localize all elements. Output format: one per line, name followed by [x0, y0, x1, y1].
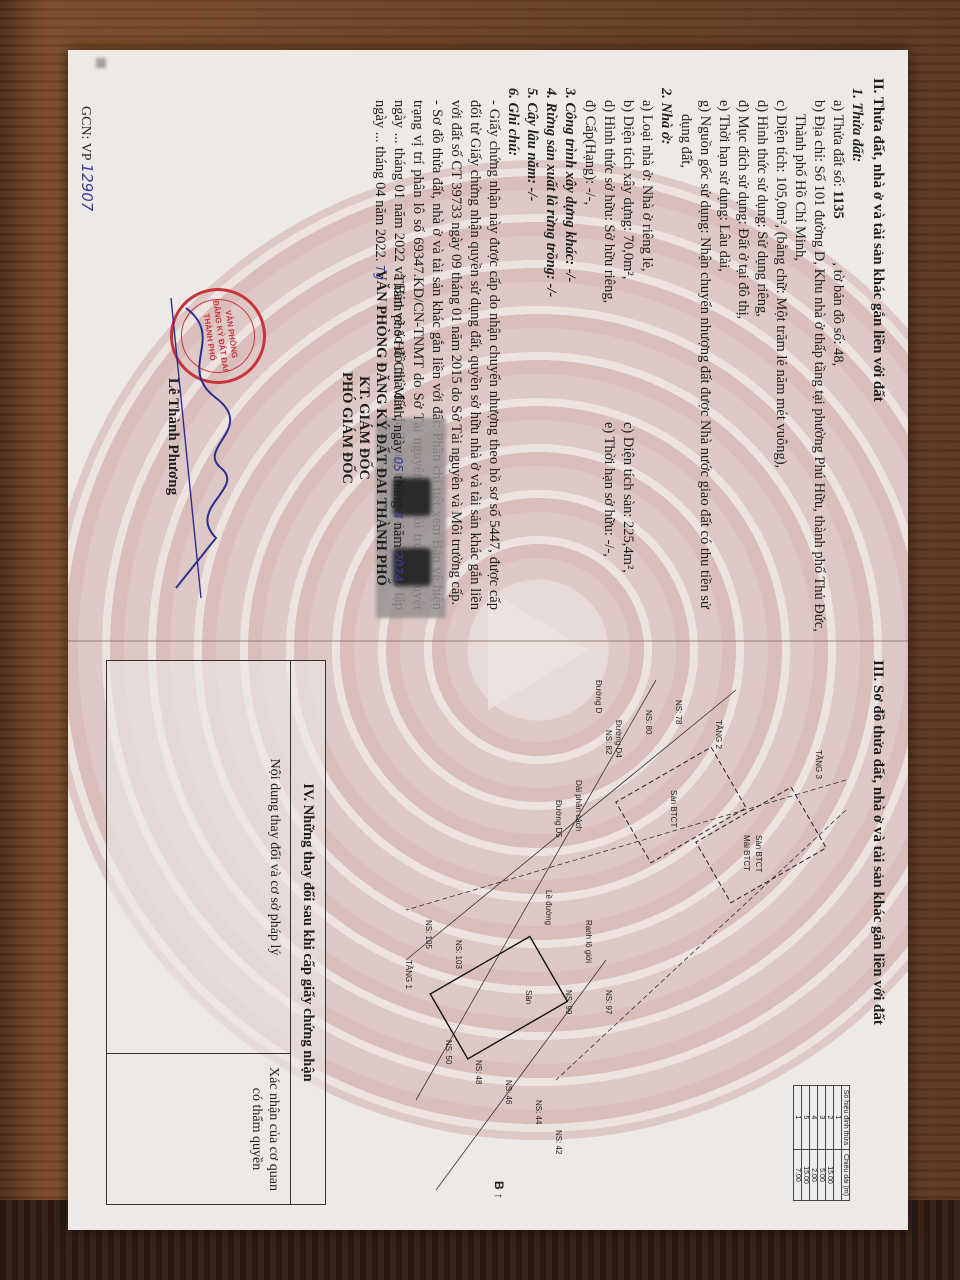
map-sheet-number: , tờ bản đồ số: 48, — [830, 262, 846, 366]
land-parcel-number: a) Thửa đất số: 1135 , tờ bản đồ số: 48, — [828, 100, 847, 623]
date-month: 4 — [391, 511, 405, 519]
dimension-row: 42.00 — [810, 1085, 818, 1200]
redacted-area — [96, 58, 106, 68]
dimension-row: 1 — [834, 1085, 842, 1200]
svg-text:NS: 50: NS: 50 — [444, 1040, 453, 1065]
certificate-number-value: 12907 — [78, 164, 96, 212]
issuing-office: VĂN PHÒNG ĐĂNG KÝ ĐẤT ĐAI THÀNH PHỐ — [372, 238, 389, 618]
svg-text:NS: 78: NS: 78 — [674, 700, 683, 725]
svg-text:NS: 80: NS: 80 — [644, 710, 653, 735]
planted-forest: 4. Rừng sản xuất là rừng trồng: -/- — [542, 88, 559, 623]
north-arrow: B ↑ — [492, 1181, 506, 1199]
changes-content-column: Nội dung thay đổi và cơ sở pháp lý — [106, 661, 290, 1054]
signer-role: PHÓ GIÁM ĐỐC — [338, 238, 355, 618]
svg-text:Đường D4: Đường D4 — [614, 720, 623, 758]
svg-text:Lề đường: Lề đường — [544, 890, 553, 925]
svg-text:NS: 48: NS: 48 — [474, 1060, 483, 1085]
signer-name: Lê Thành Phương — [164, 378, 181, 495]
svg-text:Dải phân cách: Dải phân cách — [574, 780, 583, 831]
land-use-origin-cont: dụng đất, — [676, 114, 695, 623]
left-page: II. Thửa đất, nhà ở và tài sản khác gắn … — [86, 78, 886, 623]
svg-text:NS: 103: NS: 103 — [454, 940, 463, 969]
dimension-row: 35.00 — [818, 1085, 826, 1200]
section-iii-title: III. Sơ đồ thửa đất, nhà ở và tài sản kh… — [869, 660, 886, 1205]
svg-text:Sàn BTCT: Sàn BTCT — [669, 790, 678, 827]
signature-block: Thành phố Hồ Chí Minh, ngày 05 tháng 4 n… — [338, 238, 406, 618]
perennial-trees: 5. Cây lâu năm: -/- — [523, 88, 540, 623]
svg-text:NS: 46: NS: 46 — [504, 1080, 513, 1105]
svg-text:NS: 105: NS: 105 — [424, 920, 433, 949]
svg-text:Đường D: Đường D — [594, 680, 603, 714]
boundary-dimension-table: Số hiệu đỉnh thửa Chiều dài (m) 1215.003… — [793, 1085, 850, 1201]
floor-label: TẦNG 1 — [404, 960, 414, 989]
house-type: a) Loại nhà ở: Nhà ở riêng lẻ, — [637, 100, 656, 623]
certificate-number: GCN: VP 12907 — [77, 106, 96, 211]
dimension-row: 515.00 — [802, 1085, 810, 1200]
svg-text:Sân: Sân — [524, 990, 533, 1004]
note-item: - Giấy chứng nhận này được cấp do nhận c… — [446, 100, 503, 610]
right-page: III. Sơ đồ thửa đất, nhà ở và tài sản kh… — [86, 660, 886, 1205]
place-and-date: Thành phố Hồ Chí Minh, ngày 05 tháng 4 n… — [389, 238, 406, 618]
house-construction-area: b) Diện tích xây dựng: 70,0m², — [618, 100, 637, 400]
signer-authority: KT. GIÁM ĐỐC — [355, 238, 372, 618]
land-heading: 1. Thửa đất: — [848, 88, 865, 623]
land-use-certificate: II. Thửa đất, nhà ở và tài sản khác gắn … — [68, 50, 908, 1230]
floor-label: TẦNG 3 — [814, 750, 824, 779]
house-floor-area: c) Diện tích sàn: 225,4m², — [618, 422, 637, 573]
land-use-purpose: đ) Mục đích sử dụng: Đất ở tại đô thị, — [733, 100, 752, 623]
land-plot-diagram: TẦNG 3 TẦNG 2 TẦNG 1 Sàn BTCT Mái BTCT S… — [396, 660, 856, 1205]
svg-text:NS: 97: NS: 97 — [604, 990, 613, 1015]
svg-text:Rạnh lộ giới: Rạnh lộ giới — [584, 920, 593, 963]
dimension-row: 215.00 — [826, 1085, 834, 1200]
house-grade: đ) Cấp(Hạng): -/-, — [580, 100, 599, 623]
house-ownership-form: d) Hình thức sở hữu: Sở hữu riêng, — [599, 100, 618, 400]
section-ii-title: II. Thửa đất, nhà ở và tài sản khác gắn … — [869, 78, 886, 623]
svg-text:NS: 99: NS: 99 — [564, 990, 573, 1015]
svg-text:NS: 42: NS: 42 — [554, 1130, 563, 1155]
land-use-origin: g) Nguồn gốc sử dụng: Nhận chuyển nhượng… — [695, 100, 714, 623]
land-address: b) Địa chỉ: Số 101 đường D, Khu nhà ở th… — [809, 100, 828, 623]
changes-table: IV. Những thay đổi sau khi cấp giấy chứn… — [106, 660, 326, 1205]
svg-text:NS: 44: NS: 44 — [534, 1100, 543, 1125]
land-use-term: e) Thời hạn sử dụng: Lâu dài, — [714, 100, 733, 623]
date-day: 05 — [391, 457, 405, 472]
house-heading: 2. Nhà ở: — [657, 88, 674, 623]
floor-label: TẦNG 2 — [714, 720, 724, 749]
changes-title: IV. Những thay đổi sau khi cấp giấy chứn… — [290, 661, 325, 1204]
dimension-row: 17.00 — [794, 1085, 802, 1200]
svg-text:NS: 82: NS: 82 — [604, 730, 613, 755]
land-address-cont: Thành phố Hồ Chí Minh, — [790, 114, 809, 623]
svg-text:Đường D5: Đường D5 — [554, 800, 563, 838]
land-use-form: d) Hình thức sử dụng: Sử dụng riêng, — [752, 100, 771, 623]
changes-confirm-column: Xác nhận của cơ quan có thẩm quyền — [106, 1054, 290, 1204]
svg-text:Mái BTCT: Mái BTCT — [742, 835, 751, 871]
land-area: c) Diện tích: 105,0m², (bằng chữ: Một tr… — [771, 100, 790, 623]
notes-heading: 6. Ghi chú: — [504, 88, 521, 623]
page-fold — [68, 640, 908, 642]
house-ownership-term: e) Thời hạn sở hữu: -/-, — [599, 422, 618, 557]
date-year: 2024 — [391, 551, 405, 582]
parcel-number-value: 1135 — [830, 191, 846, 219]
other-construction: 3. Công trình xây dựng khác: -/- — [561, 88, 578, 623]
svg-text:Sàn BTCT: Sàn BTCT — [754, 835, 763, 872]
